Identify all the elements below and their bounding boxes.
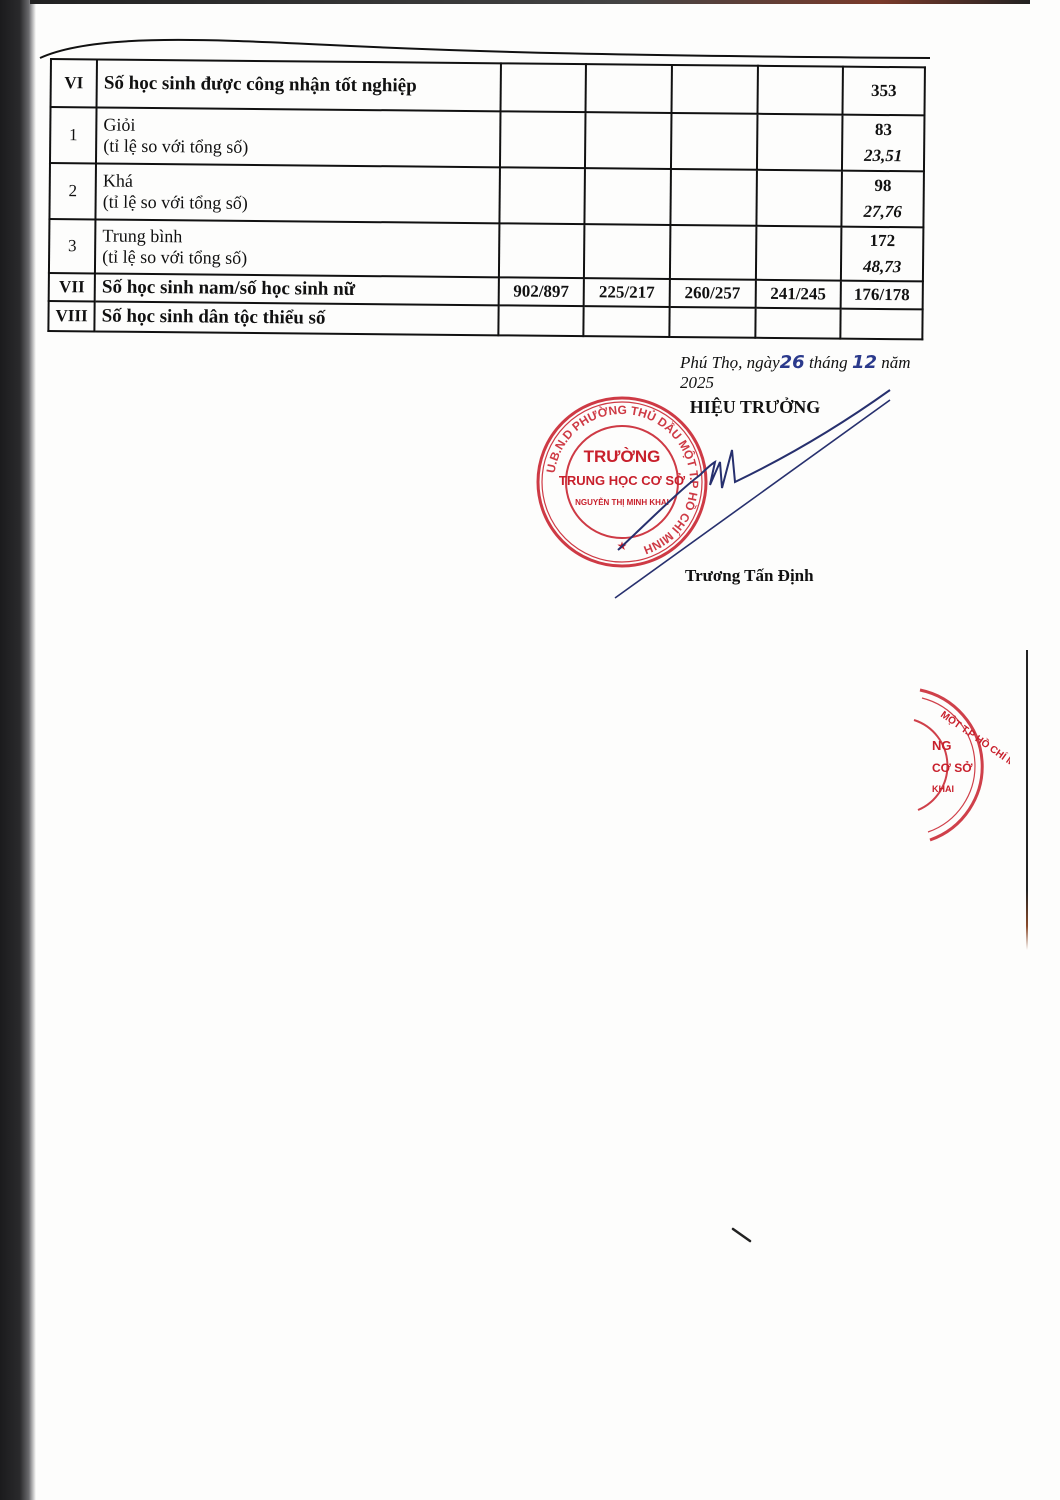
value-cell: 8323,51 bbox=[842, 115, 924, 172]
row-sublabel-text: (tỉ lệ so với tổng số) bbox=[102, 247, 492, 272]
value-cell: 225/217 bbox=[584, 278, 670, 307]
value-cell: 902/897 bbox=[498, 277, 584, 306]
partial-stamp-impression: MỘT T.P HỒ CHÍ MINH NG CƠ SỞ KHAI bbox=[900, 680, 1010, 850]
value-cell bbox=[671, 65, 757, 114]
row-label-text: Số học sinh dân tộc thiểu số bbox=[102, 306, 492, 332]
svg-text:CƠ SỞ: CƠ SỞ bbox=[932, 760, 973, 775]
value-cell bbox=[841, 309, 923, 340]
cell-value: 902/897 bbox=[513, 278, 569, 305]
page-edge-rule bbox=[1026, 650, 1028, 950]
value-cell bbox=[756, 170, 842, 227]
svg-text:KHAI: KHAI bbox=[932, 784, 954, 794]
cell-value: 98 bbox=[874, 173, 891, 199]
table-row: VISố học sinh được công nhận tốt nghiệp3… bbox=[51, 59, 925, 115]
value-cell: 353 bbox=[843, 67, 925, 116]
cell-percent: 48,73 bbox=[863, 254, 901, 280]
row-label: Số học sinh được công nhận tốt nghiệp bbox=[97, 59, 501, 111]
row-sublabel-text: (tỉ lệ so với tổng số) bbox=[103, 192, 493, 217]
cell-value: 225/217 bbox=[599, 279, 655, 306]
row-code: 3 bbox=[49, 219, 96, 273]
value-cell bbox=[585, 168, 671, 225]
signer-name: Trương Tấn Định bbox=[685, 566, 814, 586]
value-cell: 241/245 bbox=[755, 280, 841, 309]
value-cell bbox=[670, 225, 756, 280]
row-sublabel-text: (tỉ lệ so với tổng số) bbox=[103, 136, 493, 161]
value-cell: 260/257 bbox=[669, 279, 755, 308]
cell-value: 241/245 bbox=[770, 281, 826, 308]
value-cell bbox=[498, 305, 584, 336]
value-cell bbox=[669, 307, 755, 338]
value-cell bbox=[499, 111, 585, 168]
svg-text:NG: NG bbox=[932, 738, 952, 753]
table-row: 2Khá(tỉ lệ so với tổng số)9827,76 bbox=[49, 163, 923, 227]
value-cell bbox=[585, 112, 671, 169]
value-cell bbox=[671, 113, 757, 170]
cell-percent: 27,76 bbox=[863, 199, 901, 225]
value-cell bbox=[499, 167, 585, 224]
value-cell bbox=[586, 64, 672, 113]
page-top-shadow bbox=[30, 0, 1030, 4]
row-label: Số học sinh nam/số học sinh nữ bbox=[95, 273, 499, 305]
cell-value: 353 bbox=[871, 78, 897, 104]
value-cell bbox=[756, 114, 842, 171]
binder-shadow bbox=[0, 0, 36, 1500]
value-cell bbox=[670, 169, 756, 226]
value-cell bbox=[584, 306, 670, 337]
row-label: Trung bình(tỉ lệ so với tổng số) bbox=[95, 219, 499, 277]
row-code: VI bbox=[51, 59, 98, 107]
row-code: VII bbox=[49, 273, 95, 301]
page-curl-line bbox=[30, 30, 930, 60]
row-code: VIII bbox=[48, 301, 94, 331]
cell-value: 176/178 bbox=[854, 282, 910, 309]
row-label: Giỏi(tỉ lệ so với tổng số) bbox=[96, 107, 500, 167]
value-cell: 9827,76 bbox=[842, 171, 924, 228]
cell-value: 172 bbox=[870, 228, 896, 254]
graduation-stats-table: VISố học sinh được công nhận tốt nghiệp3… bbox=[47, 58, 926, 340]
row-code: 2 bbox=[49, 163, 96, 219]
row-label: Số học sinh dân tộc thiểu số bbox=[95, 301, 499, 335]
value-cell bbox=[498, 223, 584, 278]
table-row: 1Giỏi(tỉ lệ so với tổng số)8323,51 bbox=[50, 107, 924, 171]
cell-percent: 23,51 bbox=[864, 143, 902, 169]
stray-pen-mark bbox=[730, 1225, 760, 1249]
cell-value: 260/257 bbox=[684, 280, 740, 307]
value-cell: 17248,73 bbox=[841, 227, 923, 282]
value-cell bbox=[584, 224, 670, 279]
row-label: Khá(tỉ lệ so với tổng số) bbox=[96, 163, 500, 223]
value-cell bbox=[755, 226, 841, 281]
table-row: 3Trung bình(tỉ lệ so với tổng số)17248,7… bbox=[49, 219, 923, 281]
value-cell bbox=[500, 63, 586, 112]
value-cell bbox=[757, 66, 843, 115]
cell-value: 83 bbox=[875, 117, 892, 143]
value-cell: 176/178 bbox=[841, 281, 923, 310]
row-label-text: Số học sinh nam/số học sinh nữ bbox=[102, 277, 492, 303]
row-code: 1 bbox=[50, 107, 97, 163]
row-label-text: Số học sinh được công nhận tốt nghiệp bbox=[104, 73, 494, 99]
value-cell bbox=[755, 308, 841, 339]
